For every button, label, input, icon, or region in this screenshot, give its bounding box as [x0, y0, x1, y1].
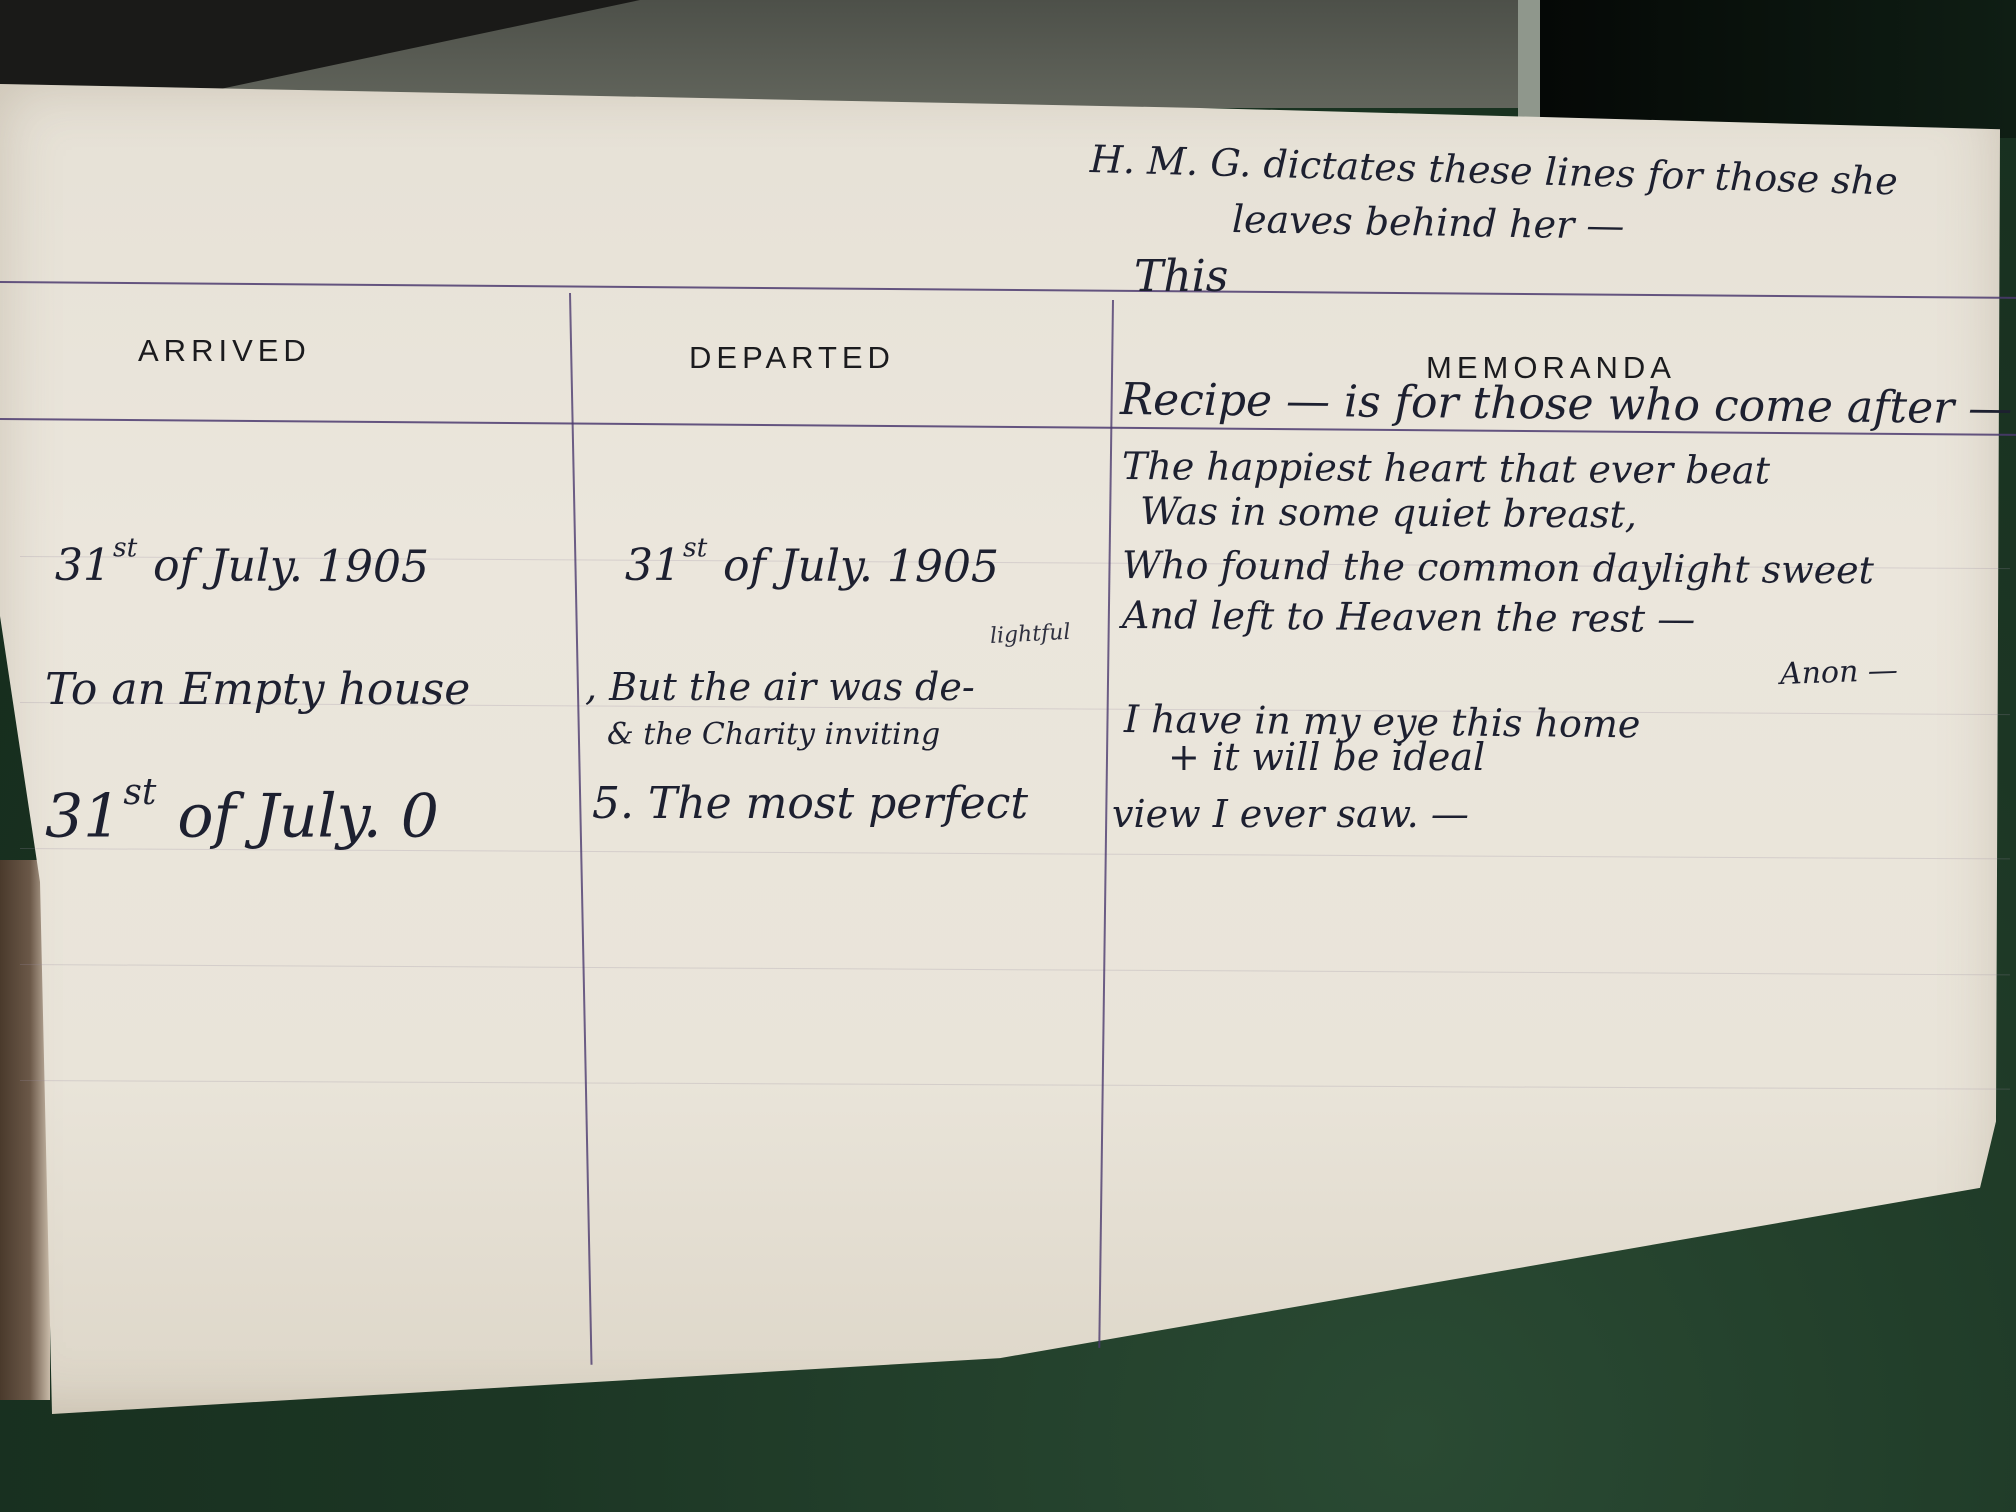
row-1-arrived: 31st of July. 1905 [55, 535, 429, 590]
row-2-departed-interlinear: lightful [989, 622, 1071, 648]
row-2-departed-line-1: , But the air was de- [585, 668, 975, 706]
row-2-departed-line-2: & the Charity inviting [607, 720, 940, 750]
row-1-departed: 31st of July. 1905 [625, 535, 999, 590]
row-1-departed-day: 31 [625, 540, 681, 591]
row-1-memo-line-3: Who found the common daylight sweet [1122, 546, 1874, 589]
row-2-memo-line-2: + it will be ideal [1168, 738, 1485, 776]
row-1-arrived-day: 31 [55, 540, 111, 591]
row-3-arrived-ordinal: st [123, 772, 156, 813]
column-header-departed: DEPARTED [689, 340, 895, 376]
row-2-memo-attribution: Anon — [1779, 656, 1898, 690]
column-header-arrived: ARRIVED [138, 333, 311, 369]
row-3-memo: view I ever saw. — [1112, 795, 1469, 833]
row-3-arrived-day: 31 [45, 781, 121, 851]
row-3-arrived: 31st of July. 0 [45, 775, 439, 846]
memoranda-annotation-line: Recipe — is for those who come after — [1120, 378, 2013, 431]
row-1-arrived-date: of July. 1905 [153, 540, 429, 592]
row-1-departed-date: of July. 1905 [723, 540, 999, 592]
background-dark-corner [1540, 0, 2016, 138]
row-1-departed-ordinal: st [683, 532, 707, 563]
memoranda-annotation-above: This [1134, 255, 1228, 299]
row-3-arrived-date: of July. 0 [177, 781, 439, 851]
row-1-memo-line-1: The happiest heart that ever beat [1122, 447, 1770, 490]
row-2-arrived: To an Empty house [45, 668, 470, 712]
header-note-line-2: leaves behind her — [1232, 200, 1625, 245]
row-1-arrived-ordinal: st [113, 532, 137, 563]
row-1-memo-line-2: Was in some quiet breast, [1140, 492, 1637, 533]
row-1-memo-line-4: And left to Heaven the rest — [1122, 596, 1695, 638]
row-3-departed: 5. The most perfect [592, 782, 1028, 826]
background-photo-edge [1518, 0, 1540, 122]
